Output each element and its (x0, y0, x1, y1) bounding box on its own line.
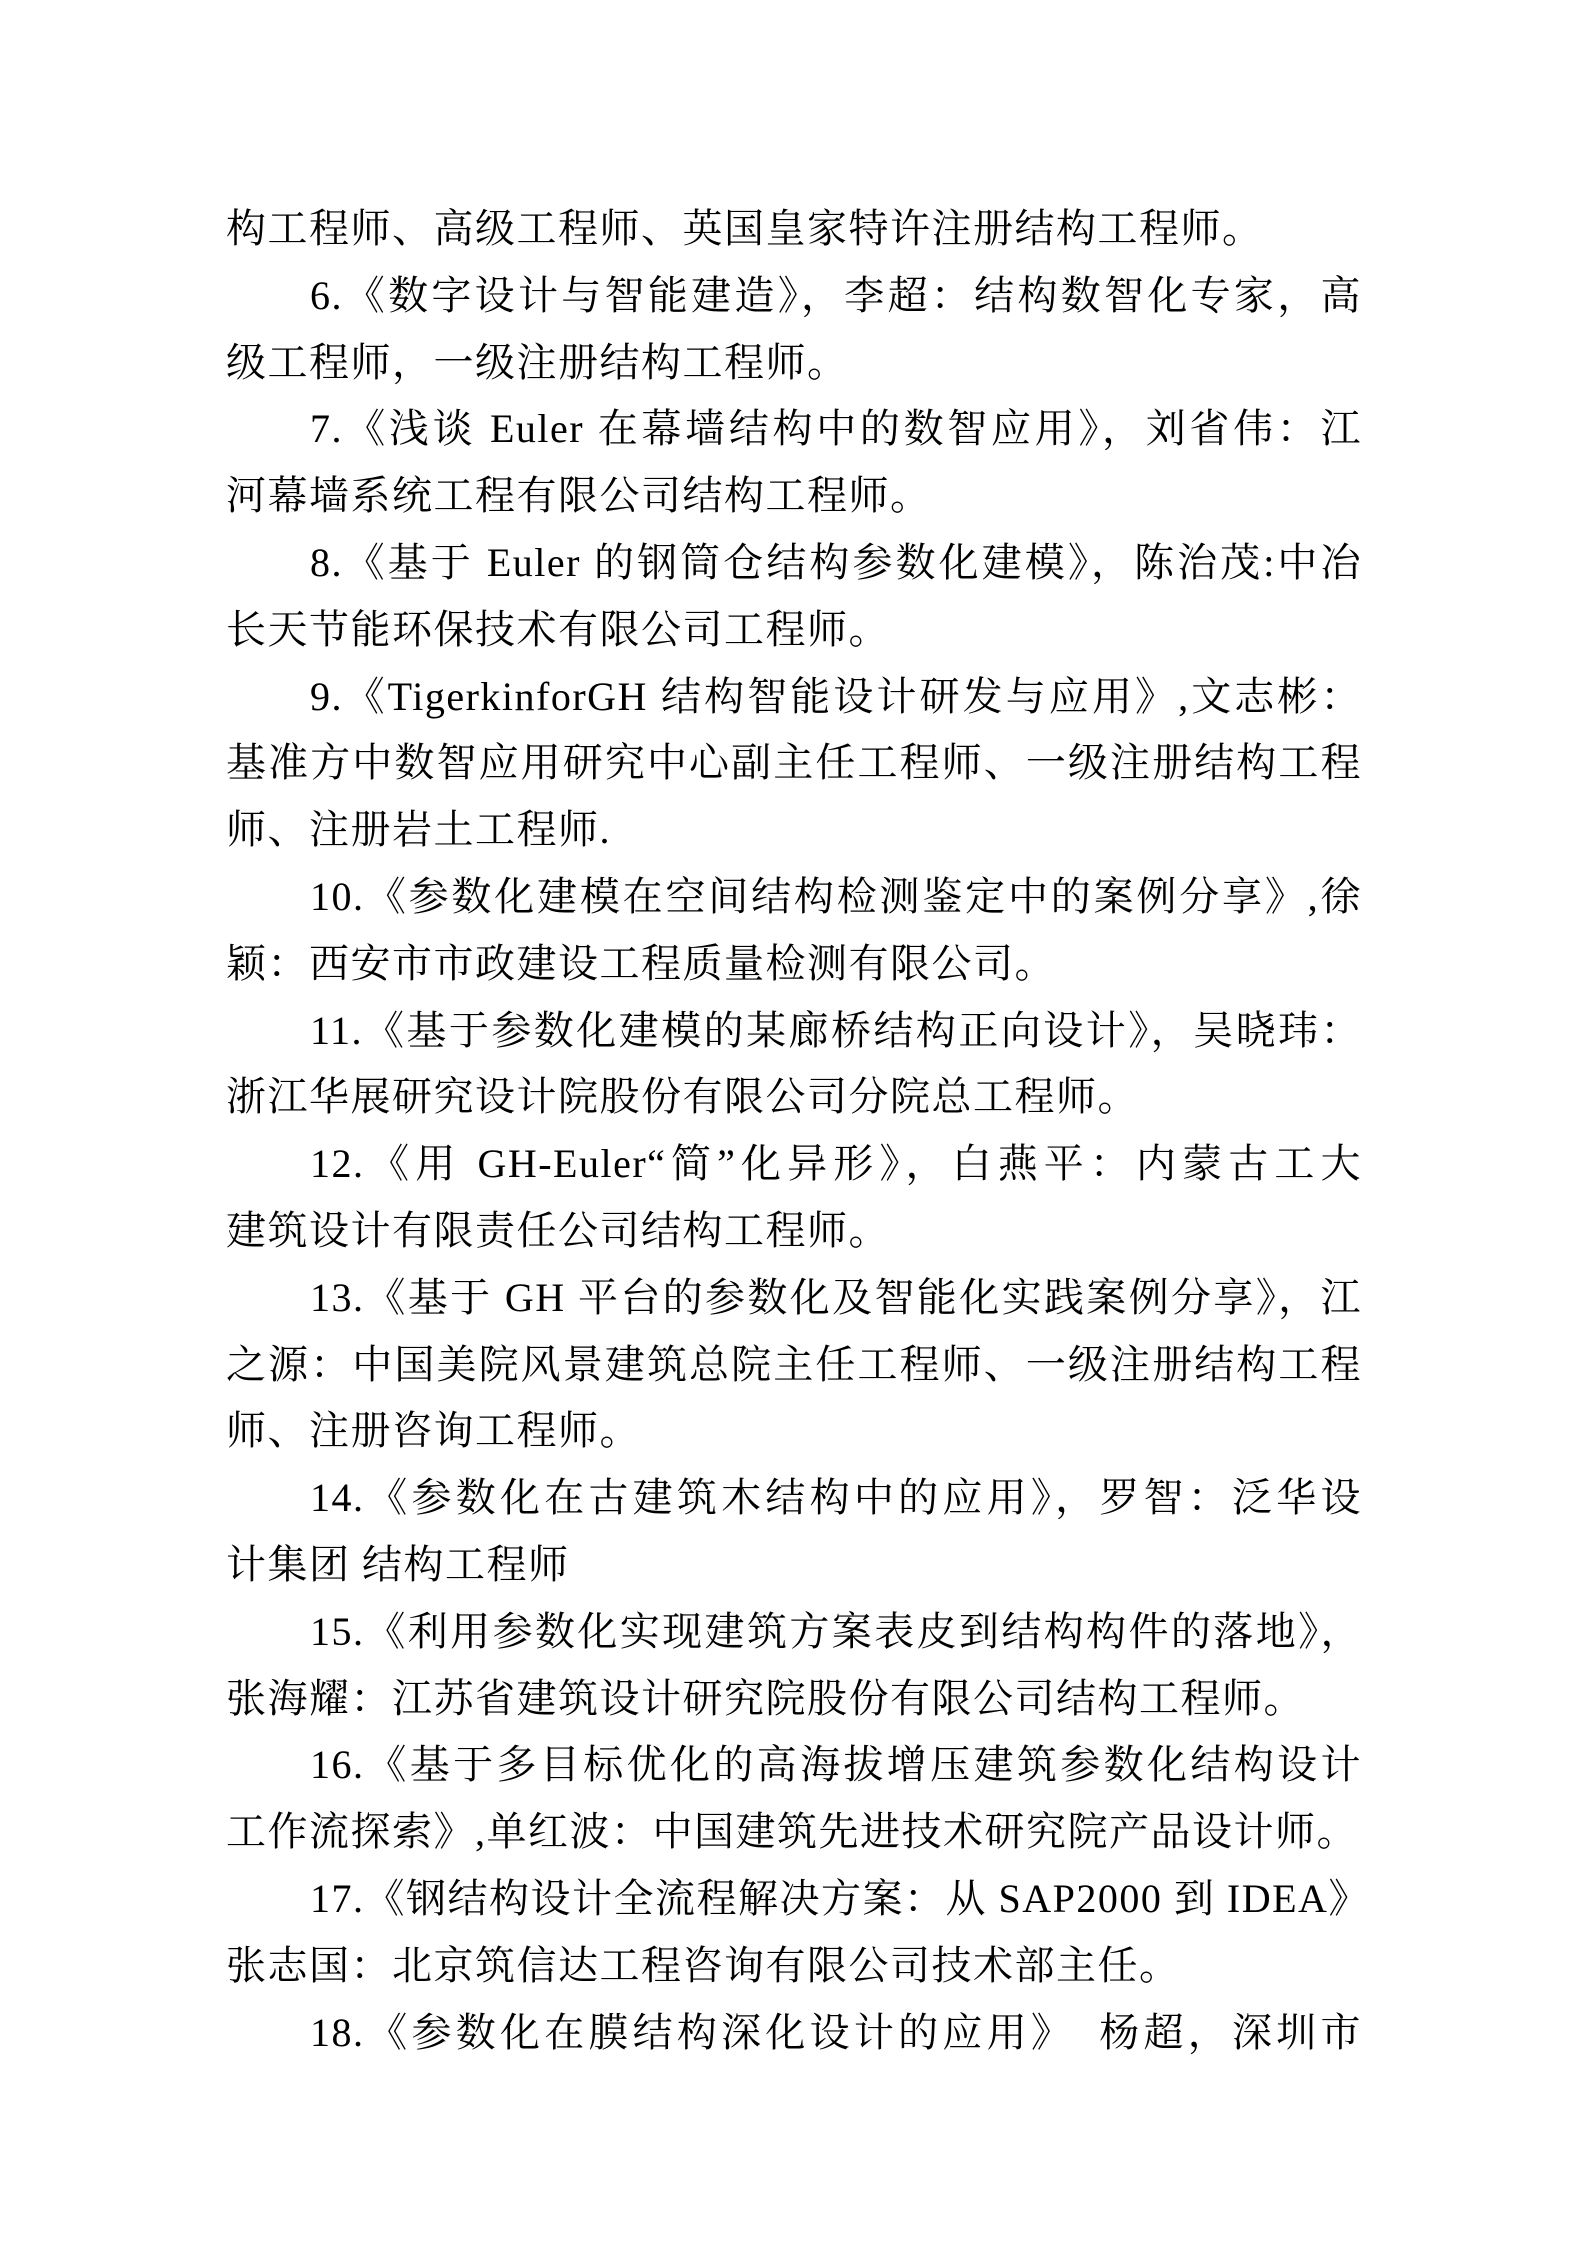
document-line: 师、注册咨询工程师。 (226, 1398, 1362, 1465)
document-line: 13.《基于 GH 平台的参数化及智能化实践案例分享》，江 (226, 1265, 1362, 1332)
document-line: 12.《用 GH-Euler“简”化异形》，白燕平：内蒙古工大 (226, 1131, 1362, 1198)
document-page: 构工程师、高级工程师、英国皇家特许注册结构工程师。6.《数字设计与智能建造》，李… (0, 0, 1587, 2245)
document-line: 16.《基于多目标优化的高海拔增压建筑参数化结构设计 (226, 1732, 1362, 1799)
document-line: 9.《TigerkinforGH 结构智能设计研发与应用》,文志彬： (226, 664, 1362, 731)
document-line: 构工程师、高级工程师、英国皇家特许注册结构工程师。 (226, 196, 1362, 263)
document-line: 8.《基于 Euler 的钢筒仓结构参数化建模》，陈治茂:中冶 (226, 530, 1362, 597)
document-line: 17.《钢结构设计全流程解决方案：从 SAP2000 到 IDEA》 (226, 1866, 1362, 1933)
document-line: 级工程师，一级注册结构工程师。 (226, 330, 1362, 397)
document-line: 工作流探索》,单红波：中国建筑先进技术研究院产品设计师。 (226, 1799, 1362, 1866)
document-line: 18.《参数化在膜结构深化设计的应用》 杨超，深圳市 (226, 2000, 1362, 2067)
document-line: 长天节能环保技术有限公司工程师。 (226, 597, 1362, 664)
document-line: 7.《浅谈 Euler 在幕墙结构中的数智应用》，刘省伟：江 (226, 396, 1362, 463)
document-line: 张志国：北京筑信达工程咨询有限公司技术部主任。 (226, 1933, 1362, 2000)
document-line: 建筑设计有限责任公司结构工程师。 (226, 1198, 1362, 1265)
document-line: 之源：中国美院风景建筑总院主任工程师、一级注册结构工程 (226, 1332, 1362, 1399)
document-line: 河幕墙系统工程有限公司结构工程师。 (226, 463, 1362, 530)
document-line: 14.《参数化在古建筑木结构中的应用》，罗智：泛华设 (226, 1465, 1362, 1532)
document-line: 师、注册岩土工程师. (226, 797, 1362, 864)
document-line: 基准方中数智应用研究中心副主任工程师、一级注册结构工程 (226, 730, 1362, 797)
document-line: 6.《数字设计与智能建造》，李超：结构数智化专家，高 (226, 263, 1362, 330)
document-line: 15.《利用参数化实现建筑方案表皮到结构构件的落地》， (226, 1599, 1362, 1666)
document-line: 颖：西安市市政建设工程质量检测有限公司。 (226, 931, 1362, 998)
document-line: 计集团 结构工程师 (226, 1532, 1362, 1599)
document-line: 张海耀：江苏省建筑设计研究院股份有限公司结构工程师。 (226, 1666, 1362, 1733)
document-line: 浙江华展研究设计院股份有限公司分院总工程师。 (226, 1064, 1362, 1131)
document-line: 10.《参数化建模在空间结构检测鉴定中的案例分享》,徐 (226, 864, 1362, 931)
document-text-block: 构工程师、高级工程师、英国皇家特许注册结构工程师。6.《数字设计与智能建造》，李… (226, 196, 1362, 2066)
document-line: 11.《基于参数化建模的某廊桥结构正向设计》，吴晓玮： (226, 998, 1362, 1065)
